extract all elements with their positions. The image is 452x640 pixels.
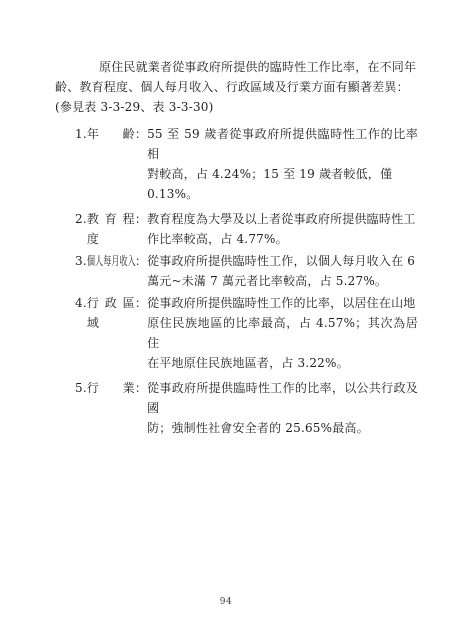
item-label: 教育程度 <box>87 209 135 249</box>
item-number: 2. <box>75 209 87 229</box>
document-body: 原住民就業者從事政府所提供的臨時性工作比率，在不同年 齡、教育程度、個人每月收入… <box>55 57 418 440</box>
item-number: 4. <box>75 293 87 313</box>
item-number: 5. <box>75 378 87 398</box>
item-colon: ： <box>135 293 147 313</box>
item-text: 從事政府所提供臨時性工作的比率，以公共行政及國 防；強制性社會安全者的 25.6… <box>147 378 418 438</box>
document-page: 原住民就業者從事政府所提供的臨時性工作比率，在不同年 齡、教育程度、個人每月收入… <box>0 0 452 640</box>
item-colon: ： <box>135 251 147 271</box>
list-item-education: 2. 教育程度 ： 教育程度為大學及以上者從事政府所提供臨時性工 作比率較高，占… <box>75 209 418 249</box>
item-label: 行政區域 <box>87 293 135 333</box>
list-item-income: 3. 個人每月收入 ： 從事政府所提供臨時性工作，以個人每月收入在 6 萬元~未… <box>75 251 418 291</box>
list-item-industry: 5. 行業 ： 從事政府所提供臨時性工作的比率，以公共行政及國 防；強制性社會安… <box>75 378 418 438</box>
item-text: 從事政府所提供臨時性工作，以個人每月收入在 6 萬元~未滿 7 萬元者比率較高，… <box>147 251 418 291</box>
item-label: 年齡 <box>87 124 135 144</box>
intro-paragraph: 原住民就業者從事政府所提供的臨時性工作比率，在不同年 齡、教育程度、個人每月收入… <box>55 57 418 117</box>
item-label: 個人每月收入 <box>87 251 119 271</box>
item-number: 1. <box>75 124 87 144</box>
item-text: 55 至 59 歲者從事政府所提供臨時性工作的比率相 對較高，占 4.24%；1… <box>147 124 418 204</box>
page-number: 94 <box>0 597 452 607</box>
list-item-region: 4. 行政區域 ： 從事政府所提供臨時性工作的比率，以居住在山地 原住民族地區的… <box>75 293 418 373</box>
item-colon: ： <box>135 209 147 229</box>
item-text: 從事政府所提供臨時性工作的比率，以居住在山地 原住民族地區的比率最高，占 4.5… <box>147 293 418 373</box>
list-item-age: 1. 年齡 ： 55 至 59 歲者從事政府所提供臨時性工作的比率相 對較高，占… <box>75 124 418 204</box>
item-colon: ： <box>135 378 147 398</box>
item-text: 教育程度為大學及以上者從事政府所提供臨時性工 作比率較高，占 4.77%。 <box>147 209 418 249</box>
item-number: 3. <box>75 251 87 271</box>
item-label: 行業 <box>87 378 135 398</box>
item-colon: ： <box>135 124 147 144</box>
